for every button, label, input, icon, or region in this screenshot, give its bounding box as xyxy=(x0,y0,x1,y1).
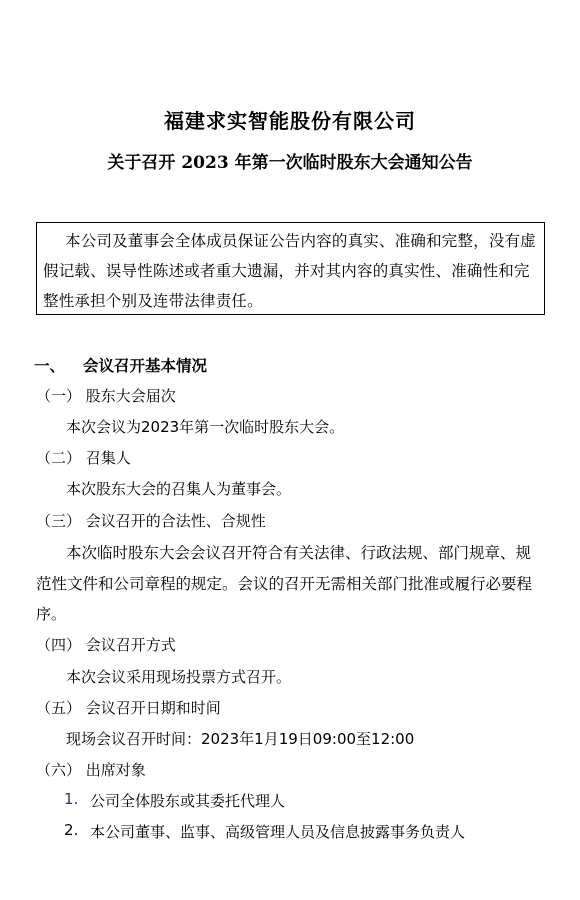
document-title: 关于召开 2023 年第一次临时股东大会通知公告 xyxy=(0,148,580,173)
declaration-line: 整性承担个别及连带法律责任。 xyxy=(43,289,263,311)
declaration-line: 假记载、误导性陈述或者重大遗漏，并对其内容的真实性、准确性和完 xyxy=(43,259,530,281)
item-text: 本次会议采用现场投票方式召开。 xyxy=(66,666,291,687)
item-text: 序。 xyxy=(36,603,66,624)
item-text: 现场会议召开时间：2023年1月19日09:00至12:00 xyxy=(66,728,414,749)
company-name: 福建求实智能股份有限公司 xyxy=(0,105,580,134)
list-number: 2. xyxy=(64,821,78,839)
item-text: 本次股东大会的召集人为董事会。 xyxy=(66,478,291,499)
item-label: （五） 会议召开日期和时间 xyxy=(36,697,221,718)
declaration-line: 本公司及董事会全体成员保证公告内容的真实、准确和完整，没有虚 xyxy=(65,229,536,251)
declaration-box: 本公司及董事会全体成员保证公告内容的真实、准确和完整，没有虚 假记载、误导性陈述… xyxy=(36,222,545,315)
item-label: （四） 会议召开方式 xyxy=(36,634,176,655)
item-label: （三） 会议召开的合法性、合规性 xyxy=(36,510,266,531)
section-heading: 会议召开基本情况 xyxy=(83,354,207,376)
item-label: （一） 股东大会届次 xyxy=(36,385,176,406)
list-item: 公司全体股东或其委托代理人 xyxy=(90,790,285,811)
item-label: （六） 出席对象 xyxy=(36,759,146,780)
item-text: 本次会议为2023年第一次临时股东大会。 xyxy=(66,416,344,437)
item-text: 本次临时股东大会会议召开符合有关法律、行政法规、部门规章、规 xyxy=(66,541,531,563)
item-text: 范性文件和公司章程的规定。会议的召开无需相关部门批准或履行必要程 xyxy=(36,572,532,594)
list-number: 1. xyxy=(64,790,78,808)
section-number: 一、 xyxy=(34,354,65,376)
item-label: （二） 召集人 xyxy=(36,447,131,468)
list-item: 本公司董事、监事、高级管理人员及信息披露事务负责人 xyxy=(90,821,465,842)
